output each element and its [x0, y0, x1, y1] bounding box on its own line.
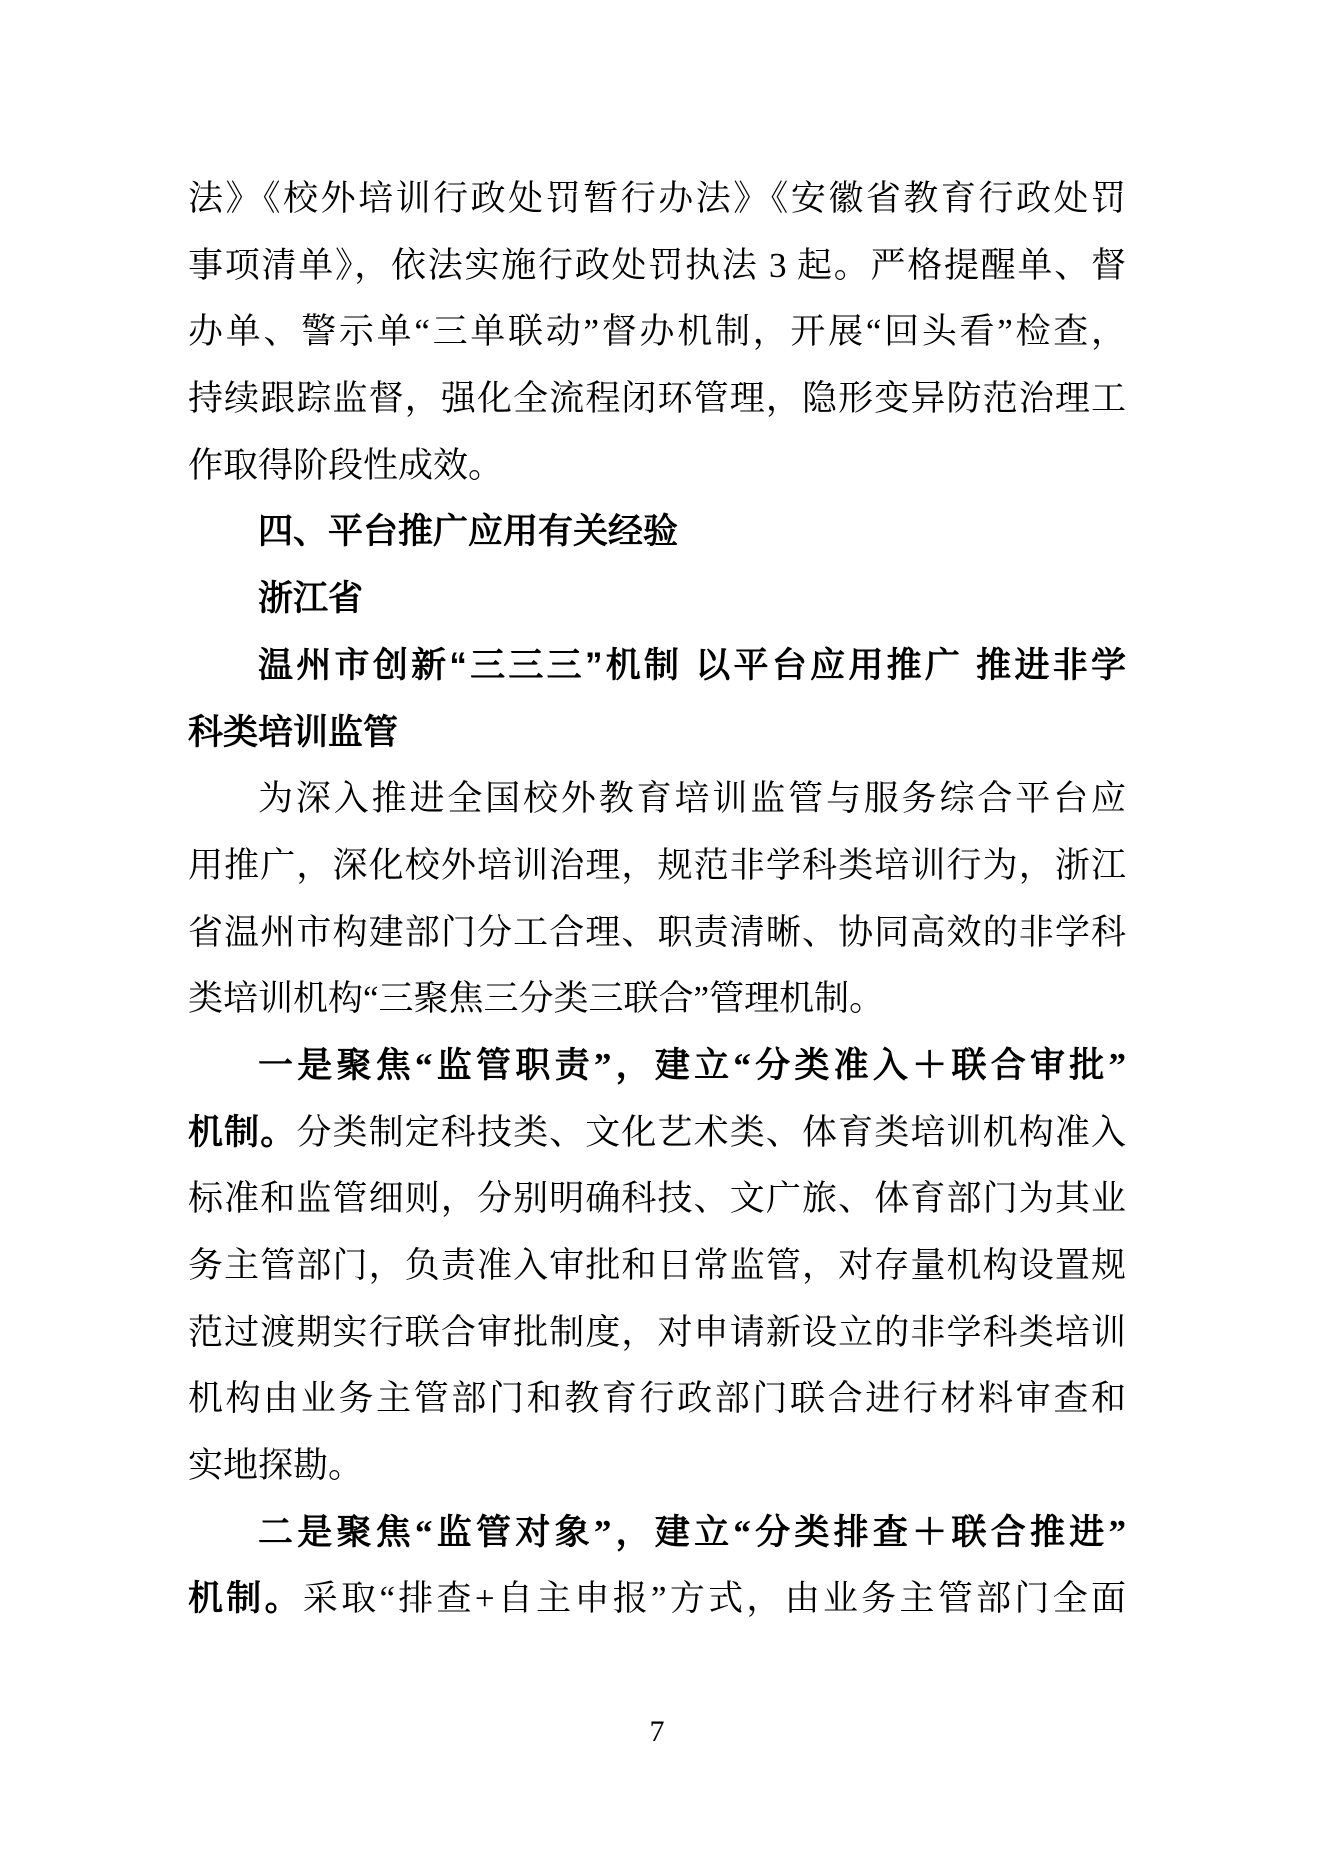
- doc-line: 类培训机构“三聚焦三分类三联合”管理机制。: [188, 966, 1126, 1033]
- doc-line: 作取得阶段性成效。: [188, 433, 1126, 500]
- section-heading: 四、平台推广应用有关经验: [188, 499, 1126, 566]
- bold-text-segment: 科类培训监管: [188, 713, 398, 752]
- text-segment: 办单、警示单“三单联动”督办机制，开展“回头看”检查，: [188, 312, 1126, 351]
- text-segment: 用推广，深化校外培训治理，规范非学科类培训行为，浙江: [188, 846, 1126, 885]
- doc-line: 为深入推进全国校外教育培训监管与服务综合平台应: [188, 766, 1126, 833]
- bold-text-segment: 机制。: [188, 1579, 303, 1618]
- text-segment: 省温州市构建部门分工合理、职责清晰、协同高效的非学科: [188, 913, 1126, 952]
- doc-line: 范过渡期实行联合审批制度，对申请新设立的非学科类培训: [188, 1300, 1126, 1367]
- doc-line: 办单、警示单“三单联动”督办机制，开展“回头看”检查，: [188, 299, 1126, 366]
- text-segment: 为深入推进全国校外教育培训监管与服务综合平台应: [258, 779, 1126, 818]
- bold-text-segment: 浙江省: [258, 579, 363, 618]
- doc-line: 事项清单》，依法实施行政处罚执法 3 起。严格提醒单、督: [188, 233, 1126, 300]
- bold-text-segment: 二是聚焦“监管对象”，建立“分类排查＋联合推进”: [258, 1513, 1126, 1552]
- doc-line: 机构由业务主管部门和教育行政部门联合进行材料审查和: [188, 1366, 1126, 1433]
- text-segment: 机构由业务主管部门和教育行政部门联合进行材料审查和: [188, 1379, 1126, 1418]
- province-heading: 浙江省: [188, 566, 1126, 633]
- doc-line: 用推广，深化校外培训治理，规范非学科类培训行为，浙江: [188, 833, 1126, 900]
- text-segment: 类培训机构“三聚焦三分类三联合”管理机制。: [188, 979, 884, 1018]
- text-segment: 持续跟踪监督，强化全流程闭环管理，隐形变异防范治理工: [188, 379, 1126, 418]
- text-segment: 实地探勘。: [188, 1446, 363, 1485]
- page-number: 7: [188, 1712, 1126, 1752]
- point-one-heading: 一是聚焦“监管职责”，建立“分类准入＋联合审批”: [188, 1033, 1126, 1100]
- bold-text-segment: 温州市创新“三三三”机制 以平台应用推广 推进非学: [258, 646, 1126, 685]
- doc-line: 务主管部门，负责准入审批和日常监管，对存量机构设置规: [188, 1233, 1126, 1300]
- document-body: 法》《校外培训行政处罚暂行办法》《安徽省教育行政处罚事项清单》，依法实施行政处罚…: [188, 166, 1126, 1633]
- doc-line: 持续跟踪监督，强化全流程闭环管理，隐形变异防范治理工: [188, 366, 1126, 433]
- text-segment: 标准和监管细则，分别明确科技、文广旅、体育部门为其业: [188, 1179, 1126, 1218]
- text-segment: 法》《校外培训行政处罚暂行办法》《安徽省教育行政处罚: [188, 179, 1126, 218]
- text-segment: 事项清单》，依法实施行政处罚执法 3 起。严格提醒单、督: [188, 246, 1126, 285]
- doc-line: 实地探勘。: [188, 1433, 1126, 1500]
- doc-line: 法》《校外培训行政处罚暂行办法》《安徽省教育行政处罚: [188, 166, 1126, 233]
- article-title-line: 温州市创新“三三三”机制 以平台应用推广 推进非学: [188, 633, 1126, 700]
- text-segment: 范过渡期实行联合审批制度，对申请新设立的非学科类培训: [188, 1313, 1126, 1352]
- text-segment: 作取得阶段性成效。: [188, 446, 503, 485]
- document-page: 法》《校外培训行政处罚暂行办法》《安徽省教育行政处罚事项清单》，依法实施行政处罚…: [0, 0, 1323, 1871]
- bold-text-segment: 机制。: [188, 1113, 296, 1152]
- point-two-heading: 二是聚焦“监管对象”，建立“分类排查＋联合推进”: [188, 1500, 1126, 1567]
- text-segment: 务主管部门，负责准入审批和日常监管，对存量机构设置规: [188, 1246, 1126, 1285]
- text-segment: 分类制定科技类、文化艺术类、体育类培训机构准入: [296, 1113, 1126, 1152]
- doc-line: 标准和监管细则，分别明确科技、文广旅、体育部门为其业: [188, 1166, 1126, 1233]
- doc-line: 省温州市构建部门分工合理、职责清晰、协同高效的非学科: [188, 900, 1126, 967]
- text-segment: 采取“排查+自主申报”方式，由业务主管部门全面: [303, 1579, 1126, 1618]
- bold-text-segment: 四、平台推广应用有关经验: [258, 512, 678, 551]
- doc-line: 机制。分类制定科技类、文化艺术类、体育类培训机构准入: [188, 1100, 1126, 1167]
- article-title-line: 科类培训监管: [188, 700, 1126, 767]
- bold-text-segment: 一是聚焦“监管职责”，建立“分类准入＋联合审批”: [258, 1046, 1126, 1085]
- doc-line: 机制。采取“排查+自主申报”方式，由业务主管部门全面: [188, 1566, 1126, 1633]
